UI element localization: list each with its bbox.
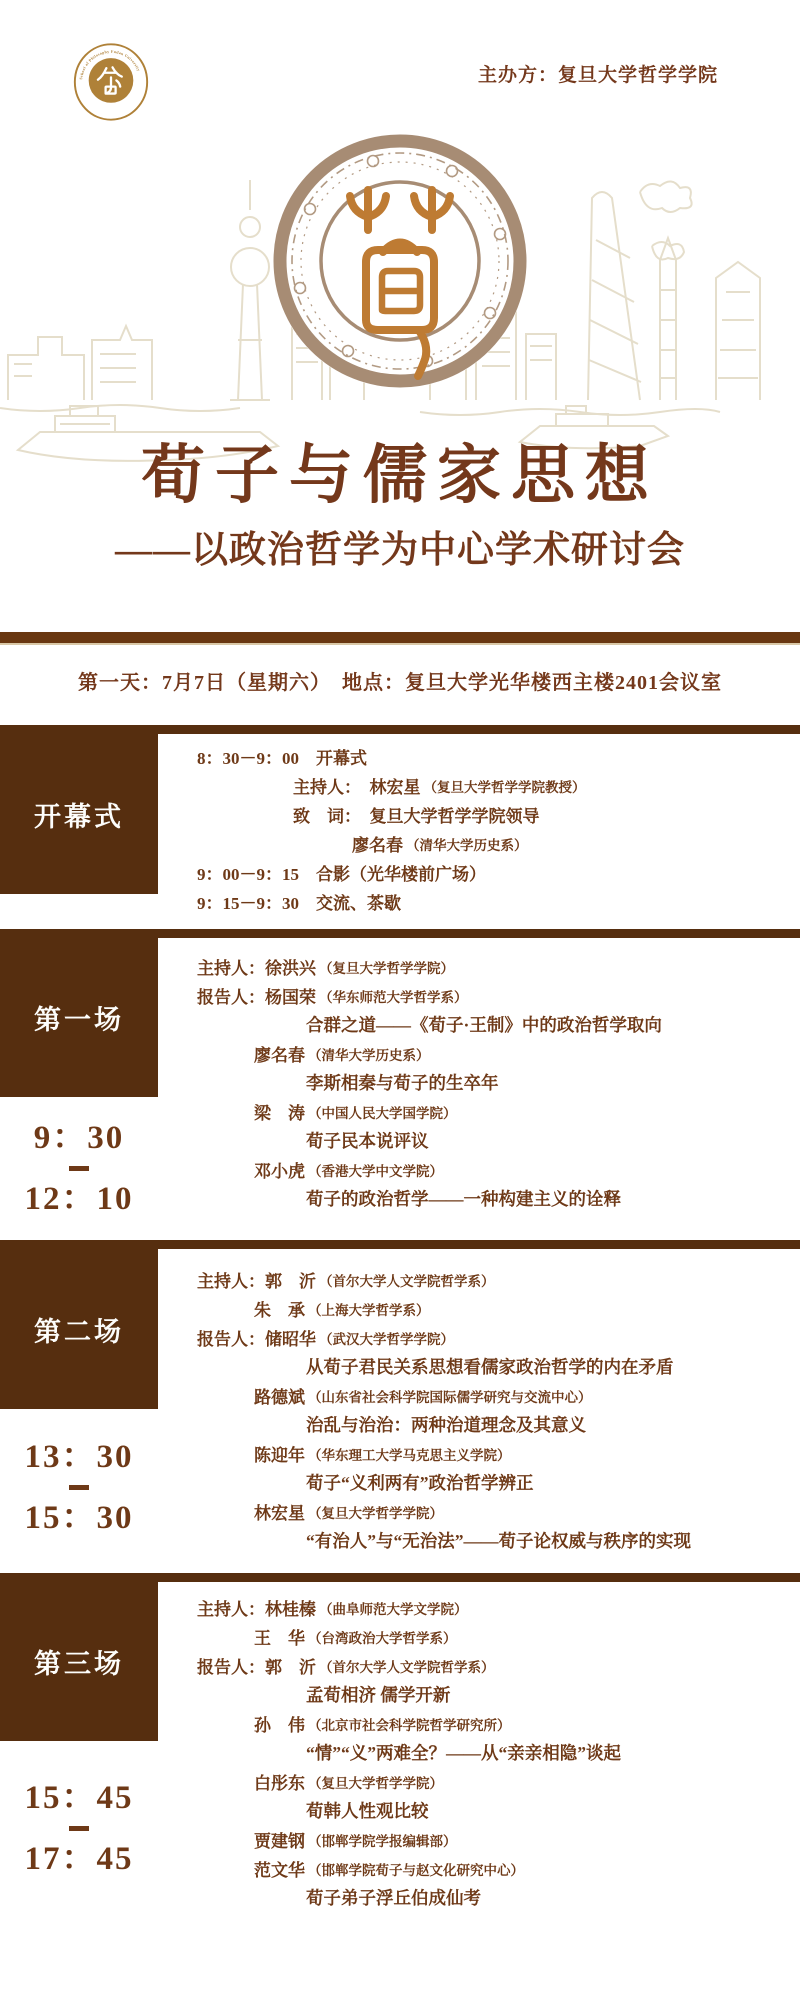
row-text: 报告人：储昭华 [197, 1325, 316, 1350]
affiliation: （山东省社会科学院国际儒学研究与交流中心） [308, 1386, 592, 1406]
affiliation: （复旦大学哲学学院） [319, 957, 454, 977]
row-text: 合群之道——《荀子·王制》中的政治哲学取向 [306, 1012, 662, 1037]
event-date-location: 第一天：7月7日（星期六） 地点：复旦大学光华楼西主楼2401会议室 [0, 666, 800, 695]
schedule-row-name: 廖名春（清华大学历史系） [0, 1039, 800, 1068]
row-text: 主持人：林桂榛 [197, 1595, 316, 1620]
row-text: 朱 承 [254, 1296, 305, 1321]
schedule-row-role: 主持人：徐洪兴（复旦大学哲学学院） [0, 952, 800, 981]
session-schedule: 主持人：郭 沂（首尔大学人文学院哲学系）朱 承（上海大学哲学系）报告人：储昭华（… [0, 1249, 800, 1555]
xunzi-seal [270, 130, 530, 392]
row-text: 9：00－9：15 合影（光华楼前广场） [197, 860, 486, 885]
schedule-row-name: 范文华（邯郸学院荀子与赵文化研究中心） [0, 1854, 800, 1883]
section-top-bar [0, 1573, 800, 1582]
schedule-row-title: 荀子的政治哲学——一种构建主义的诠释 [0, 1184, 800, 1213]
schedule-row-time-activity: 8：30－9：00 开幕式 [0, 742, 800, 771]
schedule-row-name: 邓小虎（香港大学中文学院） [0, 1155, 800, 1184]
row-text: 荀子“义利两有”政治哲学辨正 [306, 1470, 534, 1495]
seal-inner-ring [321, 182, 479, 340]
row-text: 贾建钢 [254, 1827, 305, 1852]
row-text: 孟荀相济 儒学开新 [306, 1682, 450, 1707]
host-label: 主办方：复旦大学哲学学院 [478, 60, 718, 87]
row-text: 荀子民本说评议 [306, 1128, 429, 1153]
schedule-row-title: 治乱与治治：两种治道理念及其意义 [0, 1410, 800, 1439]
divider-bar [0, 632, 800, 645]
affiliation: （中国人民大学国学院） [308, 1102, 457, 1122]
row-text: 邓小虎 [254, 1157, 305, 1182]
schedule-row-title: “情”“义”两难全？——从“亲亲相隐”谈起 [0, 1738, 800, 1767]
row-text: 李斯相秦与荀子的生卒年 [306, 1070, 499, 1095]
section-session-3: 第三场15：4517：45主持人：林桂榛（曲阜师范大学文学院）王 华（台湾政治大… [0, 1573, 800, 1915]
row-text: “有治人”与“无治法”——荀子论权威与秩序的实现 [306, 1528, 691, 1553]
schedule-row-name: 陈迎年（华东理工大学马克思主义学院） [0, 1439, 800, 1468]
row-text: 廖名春 [352, 831, 403, 856]
affiliation: （台湾政治大学哲学系） [308, 1627, 457, 1647]
schedule-row-name: 梁 涛（中国人民大学国学院） [0, 1097, 800, 1126]
section-top-bar [0, 929, 800, 938]
section-top-bar [0, 725, 800, 734]
schedule-row-name: 路德斌（山东省社会科学院国际儒学研究与交流中心） [0, 1381, 800, 1410]
section-session-2: 第二场13：3015：30主持人：郭 沂（首尔大学人文学院哲学系）朱 承（上海大… [0, 1240, 800, 1573]
row-text: 陈迎年 [254, 1441, 305, 1466]
row-text: 主持人：徐洪兴 [197, 954, 316, 979]
schedule-row-title: “有治人”与“无治法”——荀子论权威与秩序的实现 [0, 1526, 800, 1555]
schedule-row-title: 荀子弟子浮丘伯成仙考 [0, 1883, 800, 1912]
section-session-1: 第一场9：3012：10主持人：徐洪兴（复旦大学哲学学院）报告人：杨国荣（华东师… [0, 929, 800, 1240]
row-text: 范文华 [254, 1856, 305, 1881]
schedule-row-role: 主持人：郭 沂（首尔大学人文学院哲学系） [0, 1265, 800, 1294]
affiliation: （清华大学历史系） [406, 834, 528, 854]
row-text: 9：15－9：30 交流、茶歇 [197, 889, 401, 914]
affiliation: （北京市社会科学院哲学研究所） [308, 1714, 511, 1734]
affiliation: （香港大学中文学院） [308, 1160, 443, 1180]
schedule-row-time-activity: 9：00－9：15 合影（光华楼前广场） [0, 858, 800, 887]
affiliation: （上海大学哲学系） [308, 1299, 430, 1319]
row-text: 梁 涛 [254, 1099, 305, 1124]
schedule-row-title: 李斯相秦与荀子的生卒年 [0, 1068, 800, 1097]
session-schedule: 主持人：林桂榛（曲阜师范大学文学院）王 华（台湾政治大学哲学系）报告人：郭 沂（… [0, 1582, 800, 1912]
row-text: 王 华 [254, 1624, 305, 1649]
affiliation: （复旦大学哲学学院） [308, 1502, 443, 1522]
affiliation: （邯郸学院荀子与赵文化研究中心） [308, 1859, 524, 1879]
schedule-row-title: 荀子民本说评议 [0, 1126, 800, 1155]
schedule-row-role-opening: 致 词： 复旦大学哲学学院领导 [0, 800, 800, 829]
schedule-row-role: 报告人：杨国荣（华东师范大学哲学系） [0, 981, 800, 1010]
poster-title: 荀子与儒家思想 [0, 444, 800, 508]
affiliation: （清华大学历史系） [308, 1044, 430, 1064]
schedule-row-title: 孟荀相济 儒学开新 [0, 1680, 800, 1709]
row-text: 报告人：郭 沂 [197, 1653, 316, 1678]
schedule-row-role: 报告人：郭 沂（首尔大学人文学院哲学系） [0, 1651, 800, 1680]
row-text: 治乱与治治：两种治道理念及其意义 [306, 1412, 586, 1437]
schedule-row-name: 孙 伟（北京市社会科学院哲学研究所） [0, 1709, 800, 1738]
affiliation: （邯郸学院学报编辑部） [308, 1830, 457, 1850]
schedule-row-role: 主持人：林桂榛（曲阜师范大学文学院） [0, 1593, 800, 1622]
affiliation: （华东师范大学哲学系） [319, 986, 468, 1006]
affiliation: （武汉大学哲学学院） [319, 1328, 454, 1348]
row-text: 8：30－9：00 开幕式 [197, 744, 367, 769]
fudan-philosophy-logo: School of Philosophy Fudan University 復旦… [72, 42, 150, 122]
schedule-row-name: 朱 承（上海大学哲学系） [0, 1294, 800, 1323]
section-top-bar [0, 1240, 800, 1249]
row-text: 白彤东 [254, 1769, 305, 1794]
schedule-row-title: 荀子“义利两有”政治哲学辨正 [0, 1468, 800, 1497]
row-text: 林宏星 [254, 1499, 305, 1524]
row-text: “情”“义”两难全？——从“亲亲相隐”谈起 [306, 1740, 621, 1765]
row-text: 廖名春 [254, 1041, 305, 1066]
conference-poster: School of Philosophy Fudan University 復旦… [0, 0, 800, 2000]
row-text: 孙 伟 [254, 1711, 305, 1736]
schedule-row-name: 王 华（台湾政治大学哲学系） [0, 1622, 800, 1651]
row-text: 荀子弟子浮丘伯成仙考 [306, 1885, 481, 1910]
row-text: 致 词： 复旦大学哲学学院领导 [293, 802, 540, 827]
schedule-row-name: 贾建钢（邯郸学院学报编辑部） [0, 1825, 800, 1854]
section-opening: 开幕式8：30－9：00 开幕式主持人： 林宏星（复旦大学哲学学院教授）致 词：… [0, 725, 800, 929]
poster-subtitle: ——以政治哲学为中心学术研讨会 [0, 531, 800, 572]
affiliation: （华东理工大学马克思主义学院） [308, 1444, 511, 1464]
schedule-row-role-opening: 主持人： 林宏星（复旦大学哲学学院教授） [0, 771, 800, 800]
affiliation: （复旦大学哲学学院） [308, 1772, 443, 1792]
affiliation: （首尔大学人文学院哲学系） [319, 1656, 495, 1676]
row-text: 路德斌 [254, 1383, 305, 1408]
schedule-row-name: 林宏星（复旦大学哲学学院） [0, 1497, 800, 1526]
row-text: 荀子的政治哲学——一种构建主义的诠释 [306, 1186, 621, 1211]
session-schedule: 主持人：徐洪兴（复旦大学哲学学院）报告人：杨国荣（华东师范大学哲学系）合群之道—… [0, 938, 800, 1213]
row-text: 报告人：杨国荣 [197, 983, 316, 1008]
row-text: 荀韩人性观比较 [306, 1798, 429, 1823]
row-text: 主持人： 林宏星 [293, 773, 421, 798]
schedule-row-name: 白彤东（复旦大学哲学学院） [0, 1767, 800, 1796]
schedule-row-time-activity: 9：15－9：30 交流、茶歇 [0, 887, 800, 916]
session-schedule: 8：30－9：00 开幕式主持人： 林宏星（复旦大学哲学学院教授）致 词： 复旦… [0, 734, 800, 916]
schedule-row-title: 合群之道——《荀子·王制》中的政治哲学取向 [0, 1010, 800, 1039]
row-text: 主持人：郭 沂 [197, 1267, 316, 1292]
affiliation: （曲阜师范大学文学院） [319, 1598, 468, 1618]
schedule-row-name2: 廖名春（清华大学历史系） [0, 829, 800, 858]
schedule-row-title: 荀韩人性观比较 [0, 1796, 800, 1825]
affiliation: （首尔大学人文学院哲学系） [319, 1270, 495, 1290]
affiliation: （复旦大学哲学学院教授） [424, 776, 586, 796]
schedule-row-title: 从荀子君民关系思想看儒家政治哲学的内在矛盾 [0, 1352, 800, 1381]
row-text: 从荀子君民关系思想看儒家政治哲学的内在矛盾 [306, 1354, 674, 1379]
schedule-row-role: 报告人：储昭华（武汉大学哲学学院） [0, 1323, 800, 1352]
